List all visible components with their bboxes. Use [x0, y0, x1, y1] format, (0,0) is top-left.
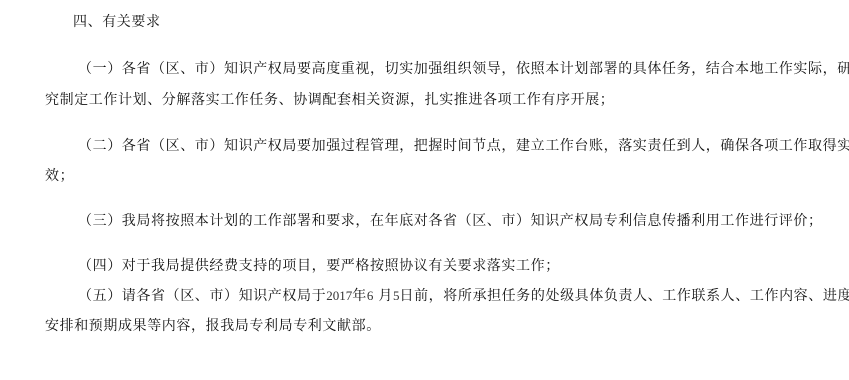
deadline-year: 2017 — [326, 288, 352, 303]
paragraph-5-line-2: 安排和预期成果等内容，报我局专利局专利文献部。 — [45, 316, 381, 336]
paragraph-3-line-1: （三）我局将按照本计划的工作部署和要求，在年底对各省（区、市）知识产权局专利信息… — [78, 211, 823, 231]
deadline-year-unit: 年 — [352, 288, 367, 304]
deadline-month-unit: 月 — [373, 288, 393, 304]
section-title: 四、有关要求 — [73, 12, 161, 32]
paragraph-4-line-1: （四）对于我局提供经费支持的项目，要严格按照协议有关要求落实工作； — [78, 256, 560, 276]
paragraph-1-line-2: 究制定工作计划、分解落实工作任务、协调配套相关资源，扎实推进各项工作有序开展； — [45, 90, 614, 110]
paragraph-2-line-1: （二）各省（区、市）知识产权局要加强过程管理，把握时间节点，建立工作台账，落实责… — [78, 136, 849, 156]
paragraph-5-prefix: （五）请各省（区、市）知识产权局于 — [78, 288, 326, 304]
paragraph-2-line-2: 效； — [45, 166, 74, 186]
paragraph-5-suffix: 日前，将所承担任务的处级具体负责人、工作联系人、工作内容、进度 — [399, 288, 849, 304]
paragraph-1-line-1: （一）各省（区、市）知识产权局要高度重视，切实加强组织领导，依照本计划部署的具体… — [78, 59, 849, 79]
paragraph-5-line-1: （五）请各省（区、市）知识产权局于2017年6 月5日前，将所承担任务的处级具体… — [78, 286, 849, 306]
